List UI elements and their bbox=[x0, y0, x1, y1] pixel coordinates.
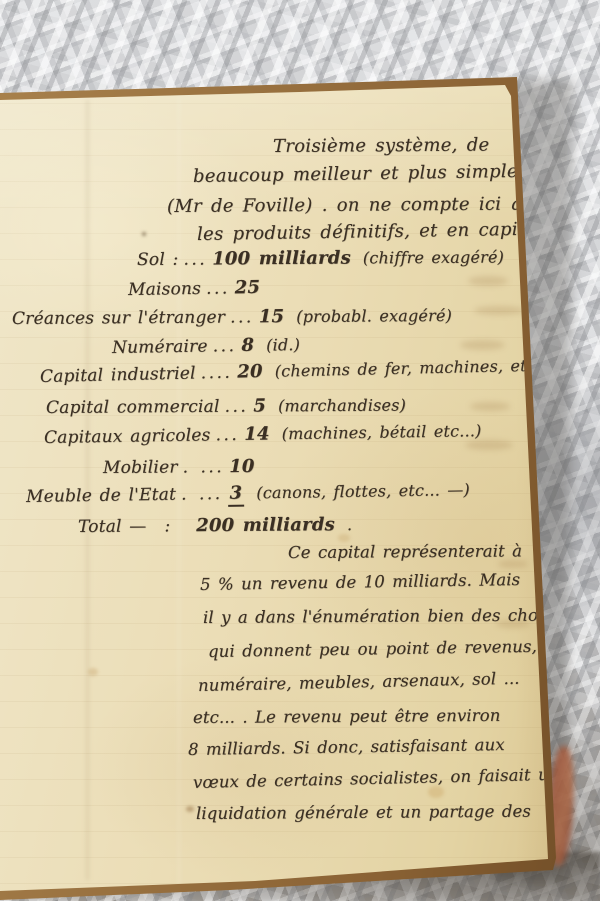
ledger-item: Mobilier bbox=[103, 457, 178, 478]
stain bbox=[428, 786, 444, 798]
ledger-leader: : bbox=[164, 516, 170, 536]
ledger-item: Créances sur l'étranger bbox=[12, 308, 225, 329]
paragraph-line: numéraire, meubles, arsenaux, sol ... bbox=[198, 669, 520, 695]
ledger-item: Total — bbox=[78, 517, 147, 537]
ledger-leader: ... bbox=[213, 336, 237, 356]
ledger-value: 100 milliards bbox=[212, 248, 351, 270]
ledger-row-total: Total —:200 milliards. bbox=[78, 514, 352, 537]
paragraph-line: 8 milliards. Si donc, satisfaisant aux bbox=[188, 735, 505, 759]
stain bbox=[186, 806, 194, 812]
ledger-value: 20 bbox=[237, 361, 263, 383]
paragraph-line: il y a dans l'énumération bien des chose… bbox=[203, 605, 565, 627]
stain bbox=[88, 668, 98, 676]
paragraph-line: liquidation générale et un partage des bbox=[196, 802, 531, 823]
ledger-row: Meuble de l'Etat. ...3(canons, flottes, … bbox=[26, 479, 470, 507]
ledger-note: (probabl. exagéré) bbox=[296, 306, 452, 326]
ledger-row: Mobilier. ...10 bbox=[103, 456, 267, 478]
ledger-leader: ... bbox=[206, 278, 230, 298]
ledger-value: 8 bbox=[241, 335, 254, 356]
ledger-value: 14 bbox=[244, 423, 270, 444]
ledger-leader: . ... bbox=[183, 457, 225, 477]
ledger-leader: ... bbox=[215, 425, 239, 445]
photo-scene: Troisième système, de beaucoup meilleur … bbox=[0, 0, 600, 901]
ledger-item: Capital industriel bbox=[40, 363, 196, 387]
ledger-leader: ... bbox=[225, 397, 249, 417]
heading-line: les produits définitifs, et en capital : bbox=[197, 218, 558, 245]
manuscript-page: Troisième système, de beaucoup meilleur … bbox=[0, 0, 600, 901]
ink-bleed-mark bbox=[474, 306, 524, 315]
ink-bleed-mark bbox=[468, 276, 508, 286]
ledger-note: (marchandises) bbox=[278, 395, 406, 415]
ledger-note: (chemins de fer, machines, etc...) bbox=[275, 355, 559, 380]
ink-bleed-mark bbox=[470, 402, 510, 411]
ledger-item: Capital commercial bbox=[46, 397, 220, 418]
ledger-leader: .... bbox=[200, 363, 232, 384]
ledger-value: 10 bbox=[229, 456, 255, 477]
ledger-note: (canons, flottes, etc... —) bbox=[256, 480, 470, 502]
ink-bleed-mark bbox=[460, 340, 505, 350]
paragraph-line: Ce capital représenterait à bbox=[288, 541, 522, 562]
ledger-row: Maisons...25 bbox=[128, 277, 272, 300]
ledger-leader: . ... bbox=[181, 484, 223, 505]
ledger-item: Maisons bbox=[128, 279, 201, 300]
ledger-row: Numéraire...8(id.) bbox=[112, 334, 300, 358]
heading-line: (Mr de Foville) . on ne compte ici que bbox=[167, 193, 545, 217]
paragraph-line: vœux de certains socialistes, on faisait… bbox=[193, 764, 570, 792]
ledger-note: (chiffre exagéré) bbox=[363, 247, 504, 267]
ledger-value: 25 bbox=[235, 277, 261, 298]
ledger-item: Sol : bbox=[137, 250, 179, 270]
paragraph-line: 5 % un revenu de 10 milliards. Mais bbox=[200, 570, 520, 594]
ledger-row: Sol :...100 milliards(chiffre exagéré) bbox=[137, 246, 504, 270]
ledger-item: Capitaux agricoles bbox=[44, 425, 211, 448]
ledger-item: Numéraire bbox=[112, 336, 208, 358]
ink-bleed-mark bbox=[498, 560, 528, 568]
ledger-value-underlined: 3 bbox=[227, 483, 244, 507]
ledger-row: Capitaux agricoles...14(machines, bétail… bbox=[44, 420, 482, 448]
ink-bleed-mark bbox=[465, 440, 513, 450]
ledger-note: . bbox=[347, 515, 352, 534]
stain bbox=[338, 534, 350, 542]
ledger-leader: ... bbox=[183, 250, 207, 270]
paragraph-line: qui donnent peu ou point de revenus, bbox=[208, 637, 537, 661]
ledger-row: Créances sur l'étranger...15(probabl. ex… bbox=[12, 305, 452, 329]
ledger-note: (id.) bbox=[266, 335, 300, 355]
ledger-row: Capital commercial...5(marchandises) bbox=[46, 394, 406, 418]
ledger-value: 200 milliards bbox=[196, 514, 335, 536]
paragraph-line: etc... . Le revenu peut être environ bbox=[193, 706, 501, 727]
ledger-leader: ... bbox=[230, 307, 254, 327]
ledger-note: (machines, bétail etc...) bbox=[282, 421, 482, 443]
ledger-row: Capital industriel....20(chemins de fer,… bbox=[40, 354, 559, 387]
ledger-value: 5 bbox=[253, 395, 266, 416]
heading-line: beaucoup meilleur et plus simple — bbox=[193, 160, 545, 187]
ledger-value: 15 bbox=[259, 306, 285, 327]
heading-line: Troisième système, de bbox=[273, 134, 490, 157]
ledger-item: Meuble de l'Etat bbox=[26, 485, 176, 507]
stain bbox=[142, 232, 146, 236]
